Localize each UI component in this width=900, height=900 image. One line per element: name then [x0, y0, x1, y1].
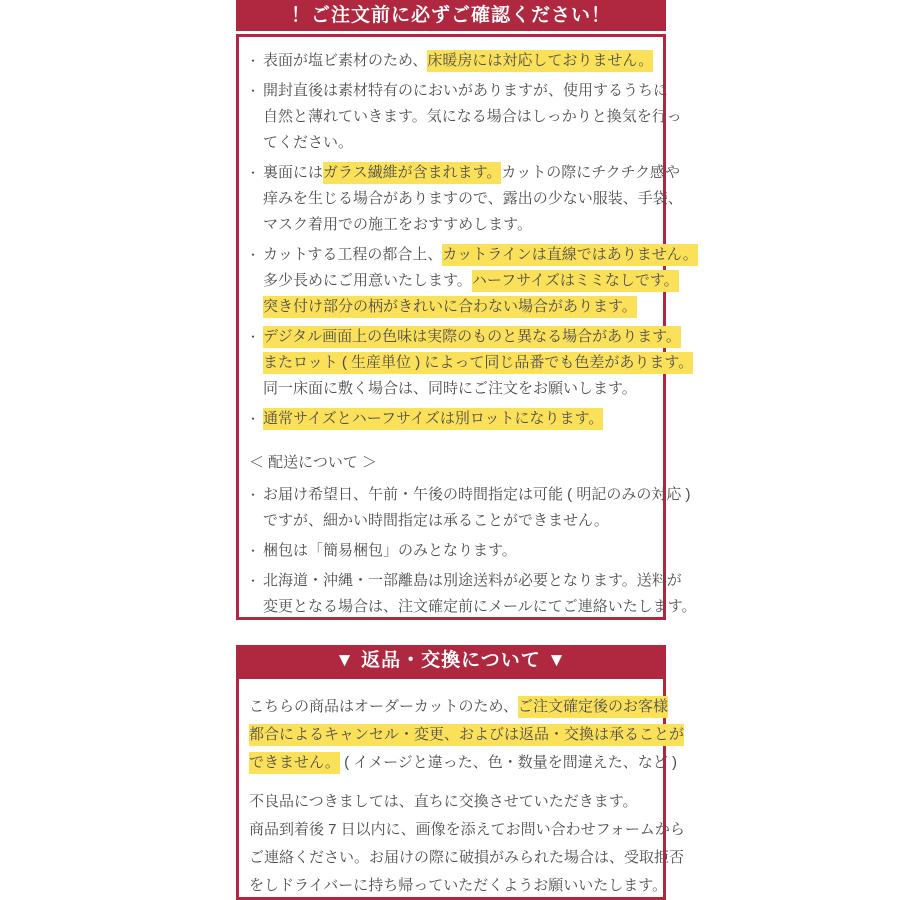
returns-section: ▼ 返品・交換について ▼ こちらの商品はオーダーカットのため、ご注文確定後のお… [236, 645, 666, 900]
text-segment: ( イメージと違った、色・数量を間違えた、など ) [340, 754, 677, 771]
returns-header: ▼ 返品・交換について ▼ [236, 645, 666, 676]
text-segment: 開封直後は素材特有のにおいがありますが、使用するうちに [263, 82, 668, 99]
text-line: 同一床面に敷く場合は、同時にご注文をお願いします。 [263, 376, 693, 402]
shipping-list: ・お届け希望日、午前・午後の時間指定は可能 ( 明記のみの対応 )ですが、細かい… [247, 482, 657, 620]
text-line: マスク着用での施工をおすすめします。 [263, 212, 683, 238]
text-lines: 北海道・沖縄・一部離島は別途送料が必要となります。送料が変更となる場合は、注文確… [263, 568, 697, 620]
bullet-icon: ・ [247, 48, 263, 74]
text-segment: カットの際にチクチク感や [501, 164, 680, 181]
shipping-heading: ＜ 配送について ＞ [249, 450, 657, 476]
text-segment: 不良品につきましては、直ちに交換させていただきます。 [249, 793, 638, 810]
highlighted-text: 床暖房には対応しておりません。 [427, 50, 653, 72]
text-segment: マスク着用での施工をおすすめします。 [263, 216, 532, 233]
page: ！ご注文前に必ずご確認ください！ ・表面が塩ビ素材のため、床暖房には対応しており… [0, 0, 900, 900]
text-line: てください。 [263, 130, 682, 156]
returns-box: こちらの商品はオーダーカットのため、ご注文確定後のお客様都合によるキャンセル・変… [236, 676, 666, 900]
highlighted-text: できません。 [249, 752, 340, 774]
text-segment: カットする工程の都合上、 [263, 246, 442, 263]
highlighted-text: ガラス繊維が含まれます。 [323, 162, 501, 184]
list-item: ・裏面にはガラス繊維が含まれます。カットの際にチクチク感や痒みを生じる場合があり… [247, 160, 657, 238]
text-lines: 不良品につきましては、直ちに交換させていただきます。商品到着後 7 日以内に、画… [249, 788, 657, 900]
bullet-icon: ・ [247, 160, 263, 186]
text-segment: 自然と薄れていきます。気になる場合はしっかりと換気を行っ [263, 108, 682, 125]
returns-paragraphs: こちらの商品はオーダーカットのため、ご注文確定後のお客様都合によるキャンセル・変… [249, 693, 657, 900]
text-line: 自然と薄れていきます。気になる場合はしっかりと換気を行っ [263, 104, 682, 130]
text-line: 梱包は「簡易梱包」のみとなります。 [263, 538, 657, 564]
text-line: 突き付け部分の柄がきれいに合わない場合があります。 [263, 294, 698, 320]
text-lines: こちらの商品はオーダーカットのため、ご注文確定後のお客様都合によるキャンセル・変… [249, 693, 657, 777]
text-lines: 表面が塩ビ素材のため、床暖房には対応しておりません。 [263, 48, 657, 74]
bullet-icon: ・ [247, 242, 263, 268]
text-lines: カットする工程の都合上、カットラインは直線ではありません。多少長めにご用意いたし… [263, 242, 698, 320]
text-segment: 同一床面に敷く場合は、同時にご注文をお願いします。 [263, 380, 637, 397]
highlighted-text: ご注文確定後のお客様 [518, 696, 668, 718]
content-column: ！ご注文前に必ずご確認ください！ ・表面が塩ビ素材のため、床暖房には対応しており… [236, 0, 666, 900]
text-segment: 痒みを生じる場合がありますので、露出の少ない服装、手袋、 [263, 190, 683, 207]
highlighted-text: 突き付け部分の柄がきれいに合わない場合があります。 [263, 296, 637, 318]
text-segment: 梱包は「簡易梱包」のみとなります。 [263, 542, 517, 559]
highlighted-text: カットラインは直線ではありません。 [442, 244, 697, 266]
list-item: ・開封直後は素材特有のにおいがありますが、使用するうちに自然と薄れていきます。気… [247, 78, 657, 156]
list-item: ・お届け希望日、午前・午後の時間指定は可能 ( 明記のみの対応 )ですが、細かい… [247, 482, 657, 534]
text-segment: お届け希望日、午前・午後の時間指定は可能 ( 明記のみの対応 ) [263, 486, 691, 503]
text-line: こちらの商品はオーダーカットのため、ご注文確定後のお客様 [249, 693, 657, 721]
text-line: 開封直後は素材特有のにおいがありますが、使用するうちに [263, 78, 682, 104]
highlighted-text: 通常サイズとハーフサイズは別ロットになります。 [263, 408, 603, 430]
highlighted-text: 都合によるキャンセル・変更、およびは返品・交換は承ることが [249, 724, 684, 746]
text-line: 北海道・沖縄・一部離島は別途送料が必要となります。送料が [263, 568, 697, 594]
text-line: 商品到着後 7 日以内に、画像を添えてお問い合わせフォームから [249, 816, 657, 844]
text-line: 痒みを生じる場合がありますので、露出の少ない服装、手袋、 [263, 186, 683, 212]
list-item: ・梱包は「簡易梱包」のみとなります。 [247, 538, 657, 564]
bullet-icon: ・ [247, 482, 263, 508]
text-line: またロット ( 生産単位 ) によって同じ品番でも色差があります。 [263, 350, 693, 376]
text-segment: 表面が塩ビ素材のため、 [263, 52, 427, 69]
text-segment: てください。 [263, 134, 353, 151]
text-line: ですが、細かい時間指定は承ることができません。 [263, 508, 691, 534]
text-line: ご連絡ください。お届けの際に破損がみられた場合は、受取拒否 [249, 844, 657, 872]
text-line: デジタル画面上の色味は実際のものと異なる場合があります。 [263, 324, 693, 350]
text-line: 都合によるキャンセル・変更、およびは返品・交換は承ることが [249, 721, 657, 749]
bullet-icon: ・ [247, 406, 263, 432]
list-item: ・北海道・沖縄・一部離島は別途送料が必要となります。送料が変更となる場合は、注文… [247, 568, 657, 620]
text-line: をしドライバーに持ち帰っていただくようお願いいたします。 [249, 872, 657, 900]
bullet-icon: ・ [247, 324, 263, 350]
highlighted-text: ハーフサイズはミミなしです。 [472, 270, 679, 292]
text-line: お届け希望日、午前・午後の時間指定は可能 ( 明記のみの対応 ) [263, 482, 691, 508]
paragraph: 不良品につきましては、直ちに交換させていただきます。商品到着後 7 日以内に、画… [249, 788, 657, 900]
highlighted-text: デジタル画面上の色味は実際のものと異なる場合があります。 [263, 326, 681, 348]
text-lines: お届け希望日、午前・午後の時間指定は可能 ( 明記のみの対応 )ですが、細かい時… [263, 482, 691, 534]
text-segment: ですが、細かい時間指定は承ることができません。 [263, 512, 609, 529]
list-item: ・表面が塩ビ素材のため、床暖房には対応しておりません。 [247, 48, 657, 74]
text-line: 不良品につきましては、直ちに交換させていただきます。 [249, 788, 657, 816]
text-segment: 多少長めにご用意いたします。 [263, 272, 472, 289]
highlighted-text: またロット ( 生産単位 ) によって同じ品番でも色差があります。 [263, 352, 693, 374]
text-line: 変更となる場合は、注文確定前にメールにてご連絡いたします。 [263, 594, 697, 620]
text-segment: こちらの商品はオーダーカットのため、 [249, 698, 518, 715]
bullet-icon: ・ [247, 568, 263, 594]
paragraph: こちらの商品はオーダーカットのため、ご注文確定後のお客様都合によるキャンセル・変… [249, 693, 657, 777]
text-lines: 梱包は「簡易梱包」のみとなります。 [263, 538, 657, 564]
text-segment: をしドライバーに持ち帰っていただくようお願いいたします。 [249, 877, 667, 894]
text-line: 通常サイズとハーフサイズは別ロットになります。 [263, 406, 657, 432]
text-segment: 変更となる場合は、注文確定前にメールにてご連絡いたします。 [263, 598, 697, 615]
text-line: できません。 ( イメージと違った、色・数量を間違えた、など ) [249, 749, 657, 777]
text-lines: 開封直後は素材特有のにおいがありますが、使用するうちに自然と薄れていきます。気に… [263, 78, 682, 156]
text-lines: 裏面にはガラス繊維が含まれます。カットの際にチクチク感や痒みを生じる場合がありま… [263, 160, 683, 238]
order-notice-header: ！ご注文前に必ずご確認ください！ [236, 0, 666, 31]
section-divider [236, 620, 666, 645]
order-notice-box: ・表面が塩ビ素材のため、床暖房には対応しておりません。・開封直後は素材特有のにお… [236, 34, 666, 620]
order-notice-section: ！ご注文前に必ずご確認ください！ ・表面が塩ビ素材のため、床暖房には対応しており… [236, 0, 666, 620]
list-item: ・カットする工程の都合上、カットラインは直線ではありません。多少長めにご用意いた… [247, 242, 657, 320]
text-line: 表面が塩ビ素材のため、床暖房には対応しておりません。 [263, 48, 657, 74]
text-segment: 商品到着後 7 日以内に、画像を添えてお問い合わせフォームから [249, 821, 685, 838]
notice-list: ・表面が塩ビ素材のため、床暖房には対応しておりません。・開封直後は素材特有のにお… [247, 48, 657, 432]
text-lines: デジタル画面上の色味は実際のものと異なる場合があります。またロット ( 生産単位… [263, 324, 693, 402]
text-line: 多少長めにご用意いたします。ハーフサイズはミミなしです。 [263, 268, 698, 294]
list-item: ・通常サイズとハーフサイズは別ロットになります。 [247, 406, 657, 432]
text-line: カットする工程の都合上、カットラインは直線ではありません。 [263, 242, 698, 268]
text-line: 裏面にはガラス繊維が含まれます。カットの際にチクチク感や [263, 160, 683, 186]
bullet-icon: ・ [247, 78, 263, 104]
text-lines: 通常サイズとハーフサイズは別ロットになります。 [263, 406, 657, 432]
list-item: ・デジタル画面上の色味は実際のものと異なる場合があります。またロット ( 生産単… [247, 324, 657, 402]
text-segment: 裏面には [263, 164, 323, 181]
text-segment: ご連絡ください。お届けの際に破損がみられた場合は、受取拒否 [249, 849, 684, 866]
text-segment: 北海道・沖縄・一部離島は別途送料が必要となります。送料が [263, 572, 682, 589]
bullet-icon: ・ [247, 538, 263, 564]
